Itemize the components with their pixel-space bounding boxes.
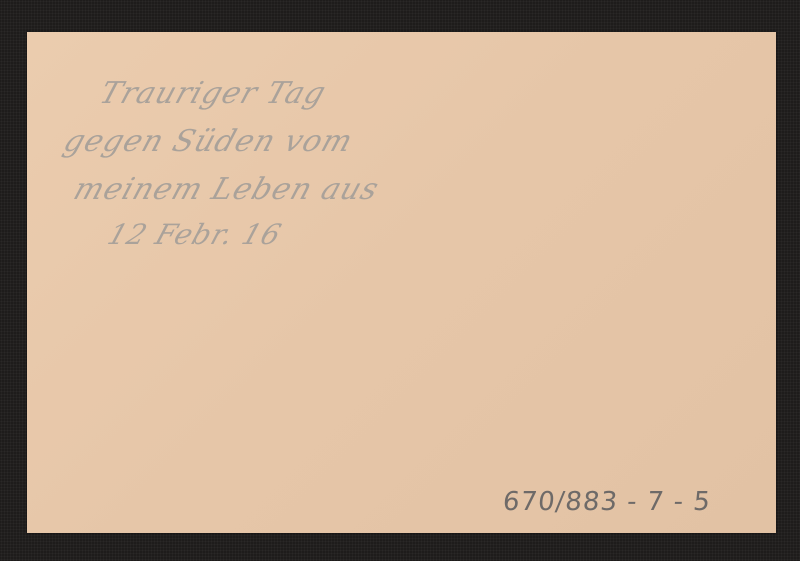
archival-card: Trauriger Tag gegen Süden vom meinem Leb… <box>27 32 776 533</box>
handwriting-line-2: gegen Süden vom <box>59 124 357 159</box>
archive-number: 670/883 - 7 - 5 <box>501 487 712 517</box>
handwriting-line-3: meinem Leben aus <box>69 172 383 207</box>
handwriting-date: 12 Febr. 16 <box>104 218 286 251</box>
handwriting-line-1: Trauriger Tag <box>95 76 330 111</box>
